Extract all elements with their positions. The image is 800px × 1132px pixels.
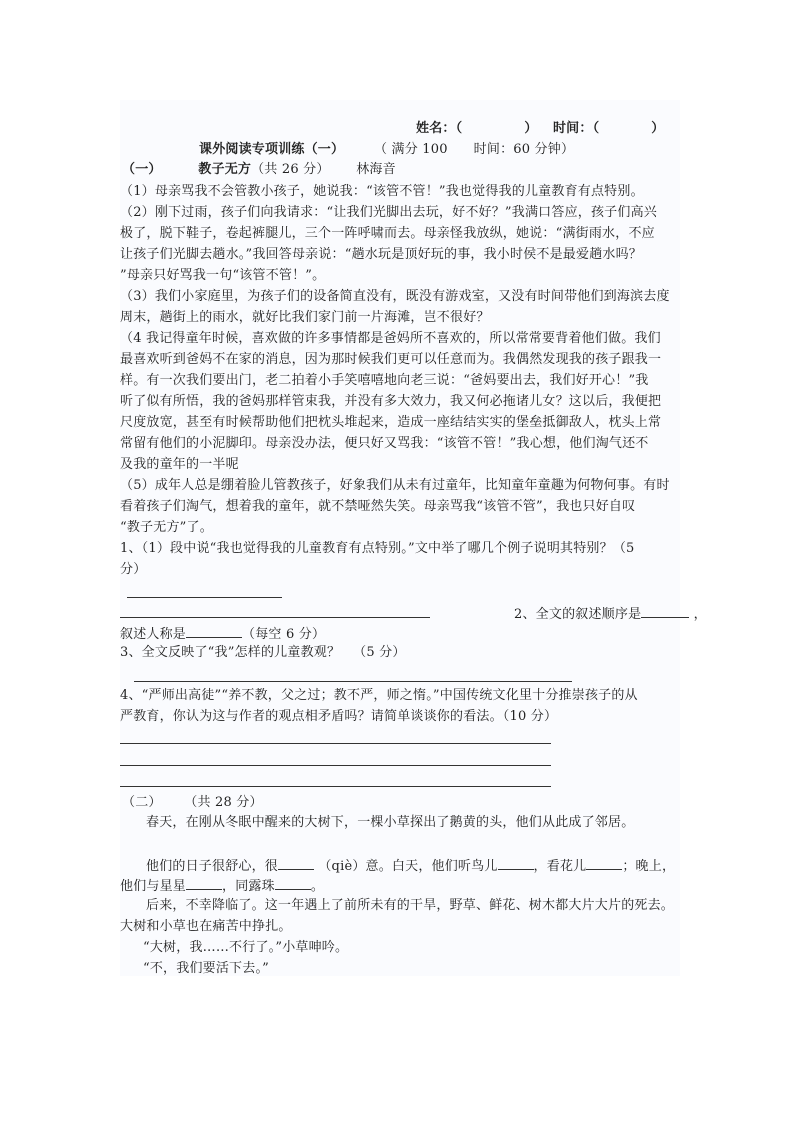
passage-line: （2）刚下过雨，孩子们向我请求：“让我们光脚出去玩，好不好？”我满口答应，孩子们… [120,204,657,222]
name-field[interactable]: 姓名：（） 时间：（） [416,120,665,138]
passage-line: 周末，趟街上的雨水，就好比我们家门前一片海滩，岂不很好？ [120,309,490,327]
passage-line: “教子无方”了。 [120,519,213,537]
section1-heading: （一） 教子无方（共 26 分） 林海音 [122,161,396,179]
answer-blank-order[interactable] [641,604,689,618]
passage-line: 常留有他们的小泥脚印。母亲没办法，便只好又骂我：“该管不管！”我心想，他们淘气还… [120,435,649,453]
answer-line-q4c[interactable] [120,786,551,787]
answer-blank[interactable] [186,876,222,890]
passage-line: 及我的童年的一半呢 [120,456,239,474]
time-label: 时间：（ [553,121,599,136]
question-4-cont: 严教育，你认为这与作者的观点相矛盾吗？请简单谈谈你的看法。（10 分） [120,708,557,726]
answer-line-q1b[interactable] [120,617,430,618]
passage-line: （3）我们小家庭里，为孩子们的设备简直没有，既没有游戏室，又没有时间带他们到海滨… [120,288,670,306]
passage2-line: “不，我们要活下去。” [143,960,269,978]
passage-line: 样。有一次我们要出门，老二拍着小手笑嘻嘻地向老三说：“爸妈要出去，我们好开心！”… [120,372,649,390]
passage2-line: 他们的日子很舒心，很 （qiè）意。白天，他们听鸟儿，看花儿；晚上， [146,856,675,876]
section2-heading: （二） （共 28 分） [122,794,263,812]
passage-line: （4 我记得童年时候，喜欢做的许多事情都是爸妈所不喜欢的，所以常常要背着他们做。… [120,330,661,348]
passage2-line: 大树和小草也在痛苦中挣扎。 [120,918,292,936]
passage-line: 最喜欢听到爸妈不在家的消息，因为那时候我们更可以任意而为。我偶然发现我的孩子跟我… [120,351,661,369]
passage-line: 听了似有所悟，我的爸妈那样管束我，并没有多大效力，我又何必拖诸儿女？这以后，我便… [120,393,661,411]
question-2-cont: 叙述人称是（每空 6 分） [120,624,325,644]
passage2-line: 他们与星星，同露珠。 [120,876,324,896]
passage2-line: 春天，在刚从冬眠中醒来的大树下，一棵小草探出了鹅黄的头，他们从此成了邻居。 [146,814,634,832]
answer-blank[interactable] [278,856,314,870]
question-1-cont: 分） [120,561,146,579]
author: 林海音 [356,162,396,177]
answer-blank[interactable] [586,856,622,870]
passage-line: 让孩子们光脚去趟水。”我回答母亲说：“趟水玩是顶好玩的事，我小时侯不是最爱趟水吗… [120,246,642,264]
passage-line: （1）母亲骂我不会管教小孩子，她说我：“该管不管！”我也觉得我的儿童教育有点特别… [120,183,644,201]
question-4: 4、“严师出高徒”“养不教，父之过；教不严，师之惰。”中国传统文化里十分推崇孩子… [120,687,638,705]
question-3: 3、全文反映了“我”怎样的儿童教观？ （5 分） [120,644,406,662]
answer-blank[interactable] [498,856,534,870]
answer-line-q1a[interactable] [127,597,282,598]
question-2: 2、全文的叙述顺序是 ， [514,604,707,624]
answer-line-q3[interactable] [134,681,572,682]
passage2-line: 后来，不幸降临了。这一年遇上了前所未有的干旱，野草、鲜花、树木都大片大片的死去。 [146,897,674,915]
question-1: 1、（1）段中说“我也觉得我的儿童教育有点特别。”文中举了哪几个例子说明其特别？… [120,540,635,558]
answer-blank-person[interactable] [186,624,242,638]
passage2-line: “大树，我……不行了。”小草呻吟。 [143,939,348,957]
name-label: 姓名：（ [416,121,462,136]
answer-line-q4a[interactable] [120,743,551,744]
passage-line: 极了，脱下鞋子，卷起裤腿儿，三个一阵呼啸而去。母亲怪我放纵，她说：“满街雨水，不… [120,225,655,243]
passage-line: 尺度放宽，甚至有时候帮助他们把枕头堆起来，造成一座结结实实的堡垒抵御敌人，枕头上… [120,414,661,432]
answer-blank[interactable] [275,876,311,890]
passage-line: ”母亲只好骂我一句“该管不管！”。 [120,267,325,285]
passage-line: （5）成年人总是绷着脸儿管教孩子，好象我们从未有过童年，比知童年童趣为何物何事。… [120,477,670,495]
page-title: 课外阅读专项训练（一） [199,141,344,159]
passage-line: 看着孩子们淘气，想着我的童年，就不禁哑然失笑。母亲骂我“该管不管”，我也只好自叹 [120,498,635,516]
answer-line-q4b[interactable] [120,765,551,766]
exam-meta: （ 满分 100 时间：60 分钟） [374,141,574,159]
article-title: 教子无方 [198,162,251,177]
